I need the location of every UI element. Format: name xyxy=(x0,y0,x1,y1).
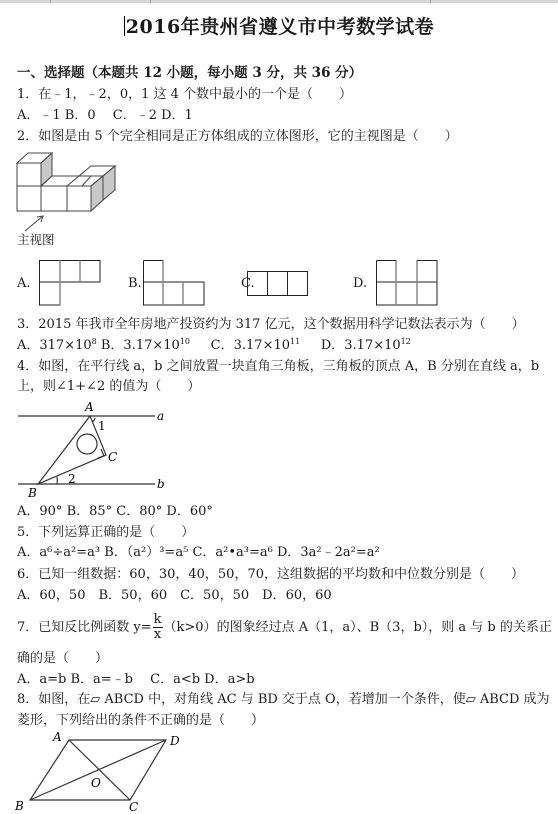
question-2-stem: 2．如图是由 5 个完全相同是正方体组成的立体图形，它的主视图是（ ） xyxy=(17,128,458,146)
question-2-figure-caption: 主视图 xyxy=(17,231,55,249)
question-3-option-b: B．3.17×1010 xyxy=(101,338,190,353)
question-6-stem: 6．已知一组数据：60，30，40，50，70，这组数据的平均数和中位数分别是（… xyxy=(17,566,524,584)
question-5-option-c: C．a²•a³=a⁶ xyxy=(192,545,272,560)
question-8-stem-line-1: 8．如图，在▱ ABCD 中，对角线 AC 与 BD 交于点 O，若增加一个条件… xyxy=(17,691,550,709)
question-5-option-a: A．a⁶÷a²=a³ xyxy=(17,545,100,560)
question-1-options: A．﹣1 B．0 C．﹣2 D．1 xyxy=(17,107,193,125)
question-3-option-c: C．3.17×1011 xyxy=(211,338,301,353)
question-5-options: A．a⁶÷a²=a³ B．（a²）³=a⁵ C．a²•a³=a⁶ D．3a²﹣2… xyxy=(17,544,380,562)
svg-text:B: B xyxy=(27,486,37,500)
question-2-option-a-label: A. xyxy=(17,276,31,291)
svg-text:A: A xyxy=(52,730,62,744)
question-2-option-a-figure xyxy=(39,260,101,306)
question-5-option-d: D．3a²﹣2a²=a² xyxy=(277,545,380,560)
question-3-option-d: D．3.17×1012 xyxy=(321,338,411,353)
section-header-multiple-choice: 一、选择题（本题共 12 小题，每小题 3 分，共 36 分） xyxy=(17,64,362,82)
question-2-option-c-figure xyxy=(247,271,309,297)
svg-text:2: 2 xyxy=(68,472,76,486)
question-4-stem-line-2: 上，则∠1+∠2 的值为（ ） xyxy=(17,378,200,396)
question-4-stem-line-1: 4．如图，在平行线 a，b 之间放置一块直角三角板，三角板的顶点 A，B 分别在… xyxy=(17,358,539,376)
question-7-stem: 7．已知反比例函数 y=kx（k>0）的图象经过点 A（1，a）、B（3，b），… xyxy=(17,612,552,644)
question-7-stem-line-2: 确的是（ ） xyxy=(17,650,108,668)
question-3-stem: 3．2015 年我市全年房地产投资约为 317 亿元，这个数据用科学记数法表示为… xyxy=(17,316,525,334)
window-top-edge xyxy=(0,0,558,3)
question-1-stem: 1．在﹣1，﹣2，0，1 这 4 个数中最小的一个是（ ） xyxy=(17,86,352,104)
svg-text:a: a xyxy=(157,409,164,423)
question-8-parallelogram-figure: A D B C O xyxy=(0,725,250,814)
question-2-option-d-figure-shape xyxy=(376,260,438,306)
svg-text:1: 1 xyxy=(98,419,106,433)
question-4-triangle-figure: A B C a b 1 2 xyxy=(0,395,250,500)
question-4-options: A．90° B．85° C．80° D．60° xyxy=(17,503,213,521)
question-2-option-b-label: B. xyxy=(128,276,142,291)
question-3-options: A．317×108 B．3.17×1010 C．3.17×1011 D．3.17… xyxy=(17,337,411,355)
svg-text:D: D xyxy=(169,734,180,748)
question-6-options: A．60，50 B．50，60 C．50，50 D．60，60 xyxy=(17,587,332,605)
svg-text:B: B xyxy=(14,799,24,813)
question-3-option-a: A．317×108 xyxy=(17,338,97,353)
svg-text:C: C xyxy=(129,800,138,814)
question-2-option-b-figure xyxy=(143,260,205,306)
question-5-stem: 5．下列运算正确的是（ ） xyxy=(17,524,194,542)
fraction-k-over-x: kx xyxy=(153,613,163,642)
question-5-option-b: B．（a²）³=a⁵ xyxy=(104,545,188,560)
question-7-options: A．a=b B．a=﹣b C．a<b D．a>b xyxy=(17,671,255,689)
text-cursor xyxy=(124,16,125,36)
svg-text:C: C xyxy=(108,450,117,464)
svg-text:b: b xyxy=(157,477,165,491)
svg-text:O: O xyxy=(91,776,101,790)
svg-text:A: A xyxy=(84,400,94,414)
question-2-cube-figure xyxy=(16,155,121,235)
page-title: 2016年贵州省遵义市中考数学试卷 xyxy=(0,12,558,39)
